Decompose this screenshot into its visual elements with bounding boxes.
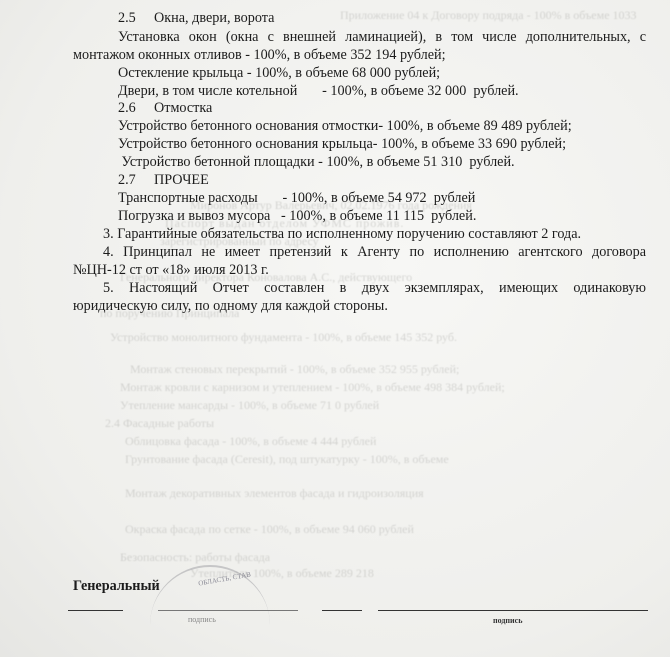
paragraph-5-line-2: юридическую силу, по одному для каждой с… [73,298,388,315]
bleed-through-text: Грунтование фасада (Ceresit), под штукат… [125,452,449,467]
paragraph-3: 3. Гарантийные обязательства по исполнен… [103,226,581,243]
signature-line [378,610,648,611]
bleed-through-text: Устройство монолитного фундамента - 100%… [110,330,457,345]
bleed-through-text: Монтаж кровли с карнизом и утеплением - … [120,380,505,395]
section-heading-2-6: 2.6Отмостка [118,100,212,117]
paragraph-4-line-2: №ЦН-12 ст от «18» июля 2013 г. [73,262,269,279]
section-number: 2.5 [118,10,154,27]
transport-line: Транспортные расходы - 100%, в объеме 54… [118,190,475,207]
signature-line [158,610,298,611]
bleed-through-text: Окраска фасада по сетке - 100%, в объеме… [125,522,414,537]
scanned-document-page: Приложение 04 к Договору подряда - 100% … [0,0,670,657]
windows-line-2: монтажом оконных отливов - 100%, в объем… [73,47,446,64]
signatory-title: Генеральный [73,578,160,595]
bleed-through-text: Безопасность: работы фасада [120,550,270,565]
signature-line [322,610,362,611]
doors-line: Двери, в том числе котельной - 100%, в о… [118,83,519,100]
waste-line: Погрузка и вывоз мусора - 100%, в объеме… [118,208,476,225]
bleed-through-text: Утепление мансарды - 100%, в объеме 71 0… [120,398,379,413]
bleed-through-text: Облицовка фасада - 100%, в объеме 4 444 … [125,434,376,449]
platform-line: Устройство бетонной площадки - 100%, в о… [118,154,515,171]
bleed-through-text: 2.4 Фасадные работы [105,416,214,431]
porch-base-line: Устройство бетонного основания крыльца- … [118,136,566,153]
paragraph-5-line-1: 5. Настоящий Отчет составлен в двух экзе… [103,280,646,297]
section-heading-2-5: 2.5Окна, двери, ворота [118,10,274,27]
porch-glazing-line: Остекление крыльца - 100%, в объеме 68 0… [118,65,440,82]
bleed-through-text: Монтаж декоративных элементов фасада и г… [125,486,424,501]
section-number: 2.7 [118,172,154,189]
section-title: Отмостка [154,100,212,116]
section-heading-2-7: 2.7ПРОЧЕЕ [118,172,209,189]
paragraph-4-line-1: 4. Принципал не имеет претензий к Агенту… [103,244,646,261]
signature-line [68,610,123,611]
section-title: Окна, двери, ворота [154,10,274,26]
section-number: 2.6 [118,100,154,117]
blind-area-line: Устройство бетонного основания отмостки-… [118,118,572,135]
bleed-through-text: Монтаж стеновых перекрытий - 100%, в объ… [130,362,459,377]
windows-line-1: Установка окон (окна с внешней ламинацие… [118,29,646,46]
signature-caption-left: подпись [188,615,216,624]
signature-caption-right: подпись [493,616,522,625]
section-title: ПРОЧЕЕ [154,172,209,188]
bleed-through-text: Приложение 04 к Договору подряда - 100% … [340,8,637,23]
